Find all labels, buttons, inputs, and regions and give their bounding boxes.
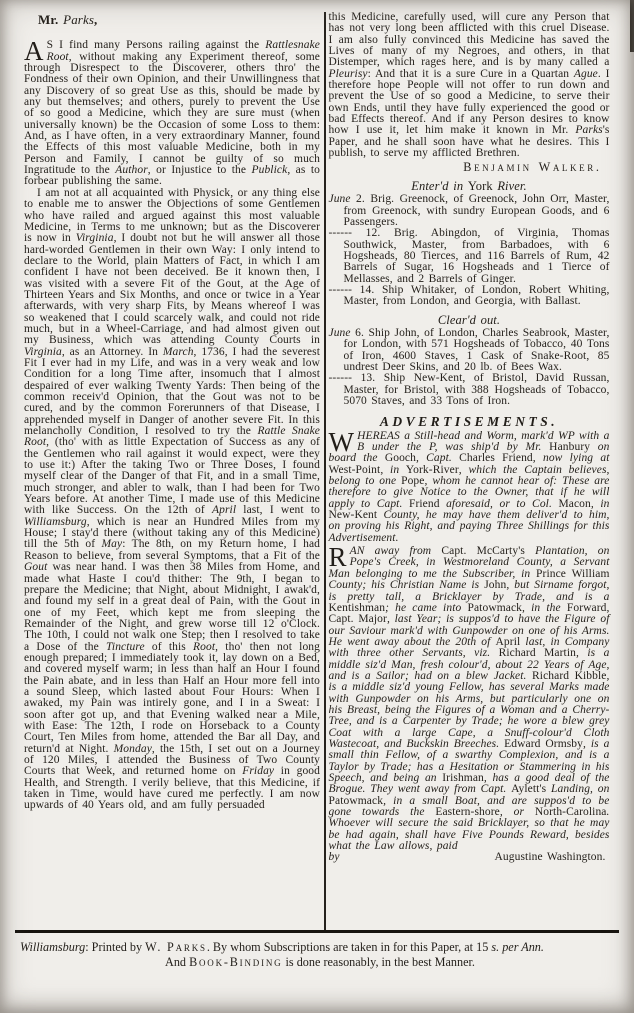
scan-artifact-top-right [630,0,634,52]
text-run: Monday [114,743,152,755]
text-run: Enter'd in [411,179,468,193]
text-run: ------ 12. Brig. Abingdon, of Virginia, … [329,227,610,284]
text-run: June [329,193,351,205]
text-run: Macon [558,498,590,510]
text-run: , 1736, I had the severest Fit I ever ha… [24,346,320,437]
cleared-heading: Clear'd out. [329,315,610,326]
text-run: this Medicine, carefully used, will cure… [329,11,610,68]
text-run: Richard Martin [499,647,576,659]
text-run: Virginia [24,346,62,358]
text-run: , in [380,464,406,476]
text-run: Ague [574,68,598,80]
text-run: , [94,12,97,27]
text-run: Eastern-shore [435,806,500,818]
text-run: , in [591,498,610,510]
text-run: Capt. McCarty's [441,545,525,557]
text-run: April [212,504,236,516]
text-run: W. Parks [145,940,207,954]
text-run: ------ 13. Ship New-Kent, of Bristol, Da… [329,372,610,407]
text-run: Patowmack [329,795,384,807]
text-run: of this [145,641,193,653]
text-run: Williamsburg [20,940,85,954]
text-run: Capt. Major [329,613,387,625]
text-run: Gooch [385,452,416,464]
advertisements-heading: ADVERTISEMENTS. [329,416,610,427]
text-run: Pope [401,475,424,487]
footer-rule [15,930,619,933]
text-run: , as an Attorney. In [62,346,163,358]
text-run: Pleurisy [329,68,368,80]
text-run: last, I went to [236,504,320,516]
advertisement-signature-row: by Augustine Washington. [329,852,610,863]
text-run: Edward Ormsby [504,738,583,750]
text-run: R [329,546,350,568]
text-run: Parks [63,12,94,27]
text-run: Root [193,641,215,653]
text-run: AN away from [350,545,442,557]
text-run: County; his Christian Name is [329,579,485,591]
letter-continuation: this Medicine, carefully used, will cure… [329,12,610,159]
text-run: : Printed by [85,940,145,954]
column-divider-rule [324,12,326,930]
text-run: West-Point [329,464,381,476]
text-run: March [163,346,194,358]
text-run: W [329,431,358,453]
text-run: , in the [522,602,567,614]
text-run: , without making any Experiment thereof,… [24,51,320,176]
text-run: , [607,602,610,614]
text-run: s. per Ann. [491,940,544,954]
text-run: ------ 14. Ship Whitaker, of London, Rob… [329,284,610,307]
colophon-line-1: Williamsburg: Printed by W. Parks. By wh… [20,941,620,955]
text-run: Author [115,164,148,176]
text-run: , or Injustice to the [148,164,252,176]
text-run: New-Kent [329,509,378,521]
ship-entry: ------ 14. Ship Whitaker, of London, Rob… [329,285,610,308]
left-column: Mr. Parks, AS I find many Persons railin… [24,12,320,930]
colophon-line-2: And Book-Binding is done reasonably, in … [20,956,620,970]
text-run: Charles Friend [459,452,533,464]
text-run: Irishman [442,772,484,784]
ship-entry: June 2. Brig. Greenock, of Greenock, Joh… [329,194,610,228]
text-run: aforesaid, or to Col. [440,498,559,510]
text-run: Landing, on [546,783,609,795]
advertisement-runaway: RAN away from Capt. McCarty's Plantation… [329,546,610,852]
text-run: Gout [24,561,47,573]
text-run: S I find many Persons railing against th… [47,39,266,51]
text-run: 6. Ship John, of London, Charles Seabroo… [344,327,610,373]
ship-entry: ------ 13. Ship New-Kent, of Bristol, Da… [329,373,610,407]
text-run: Hanbury [549,441,590,453]
text-run: Aylett's [511,783,546,795]
text-run: A [24,40,47,62]
text-run: Mr. [38,12,63,27]
text-run: , tho' then not long enough prepared; I … [24,641,320,755]
text-run: , or [500,806,535,818]
text-run: Tincture [106,641,145,653]
text-run: was near hand. I was then 38 Miles from … [24,561,320,652]
text-run: : And that it is a sure Cure in a Quarta… [368,68,574,80]
signature-lead: by [329,852,340,863]
text-run: Virginia [76,232,114,244]
text-run: , Capt. [416,452,459,464]
advertisement-signature: Augustine Washington. [495,852,606,863]
text-run: Friday [242,765,274,777]
ship-entry: ------ 12. Brig. Abingdon, of Virginia, … [329,228,610,285]
text-run: River. [497,179,526,193]
right-column: this Medicine, carefully used, will cure… [329,12,610,930]
text-run: Kentishman [329,602,386,614]
text-run: June [329,327,351,339]
text-run: Richard Kibble [532,670,607,682]
text-run: . By whom Subscriptions are taken in for… [207,940,492,954]
text-run: is done reasonably, in the best Manner. [282,955,474,969]
salutation: Mr. Parks, [38,14,320,25]
letter-signature: Benjamin Walker. [329,162,602,173]
text-run: , I doubt not but he will answer all tho… [24,232,320,346]
entered-heading: Enter'd in York River. [329,181,610,192]
advertisement-stillhead: WHEREAS a Still-head and Worm, mark'd WP… [329,431,610,544]
text-run: Williamsburg [24,516,87,528]
letter-paragraph-2: I am not at all acquainted with Physick,… [24,188,320,812]
text-run: North-Carolina [535,806,607,818]
text-run: Clear'd out. [438,313,500,327]
text-run: Publick [251,164,287,176]
text-run: John [484,579,506,591]
text-run: Forward [567,602,607,614]
text-run: York-River [406,464,459,476]
text-run: Prince William [536,568,609,580]
ship-entry: June 6. Ship John, of London, Charles Se… [329,328,610,373]
text-run: Friend [409,498,440,510]
text-run: , now lying at [533,452,610,464]
colophon: Williamsburg: Printed by W. Parks. By wh… [20,941,620,969]
text-run: York [468,179,497,193]
text-run: April [496,636,521,648]
letter-paragraph-1: AS I find many Persons railing against t… [24,40,320,187]
newspaper-page: Mr. Parks, AS I find many Persons railin… [0,0,634,1013]
text-run: Book-Binding [189,955,282,969]
columns: Mr. Parks, AS I find many Persons railin… [24,12,612,930]
text-run: And [165,955,189,969]
text-run: ; he came into [385,602,467,614]
text-run: May [101,538,122,550]
text-run: 2. Brig. Greenock, of Greenock, John Orr… [344,193,610,228]
text-run: Patowmack [467,602,522,614]
text-run: Parks [575,124,602,136]
